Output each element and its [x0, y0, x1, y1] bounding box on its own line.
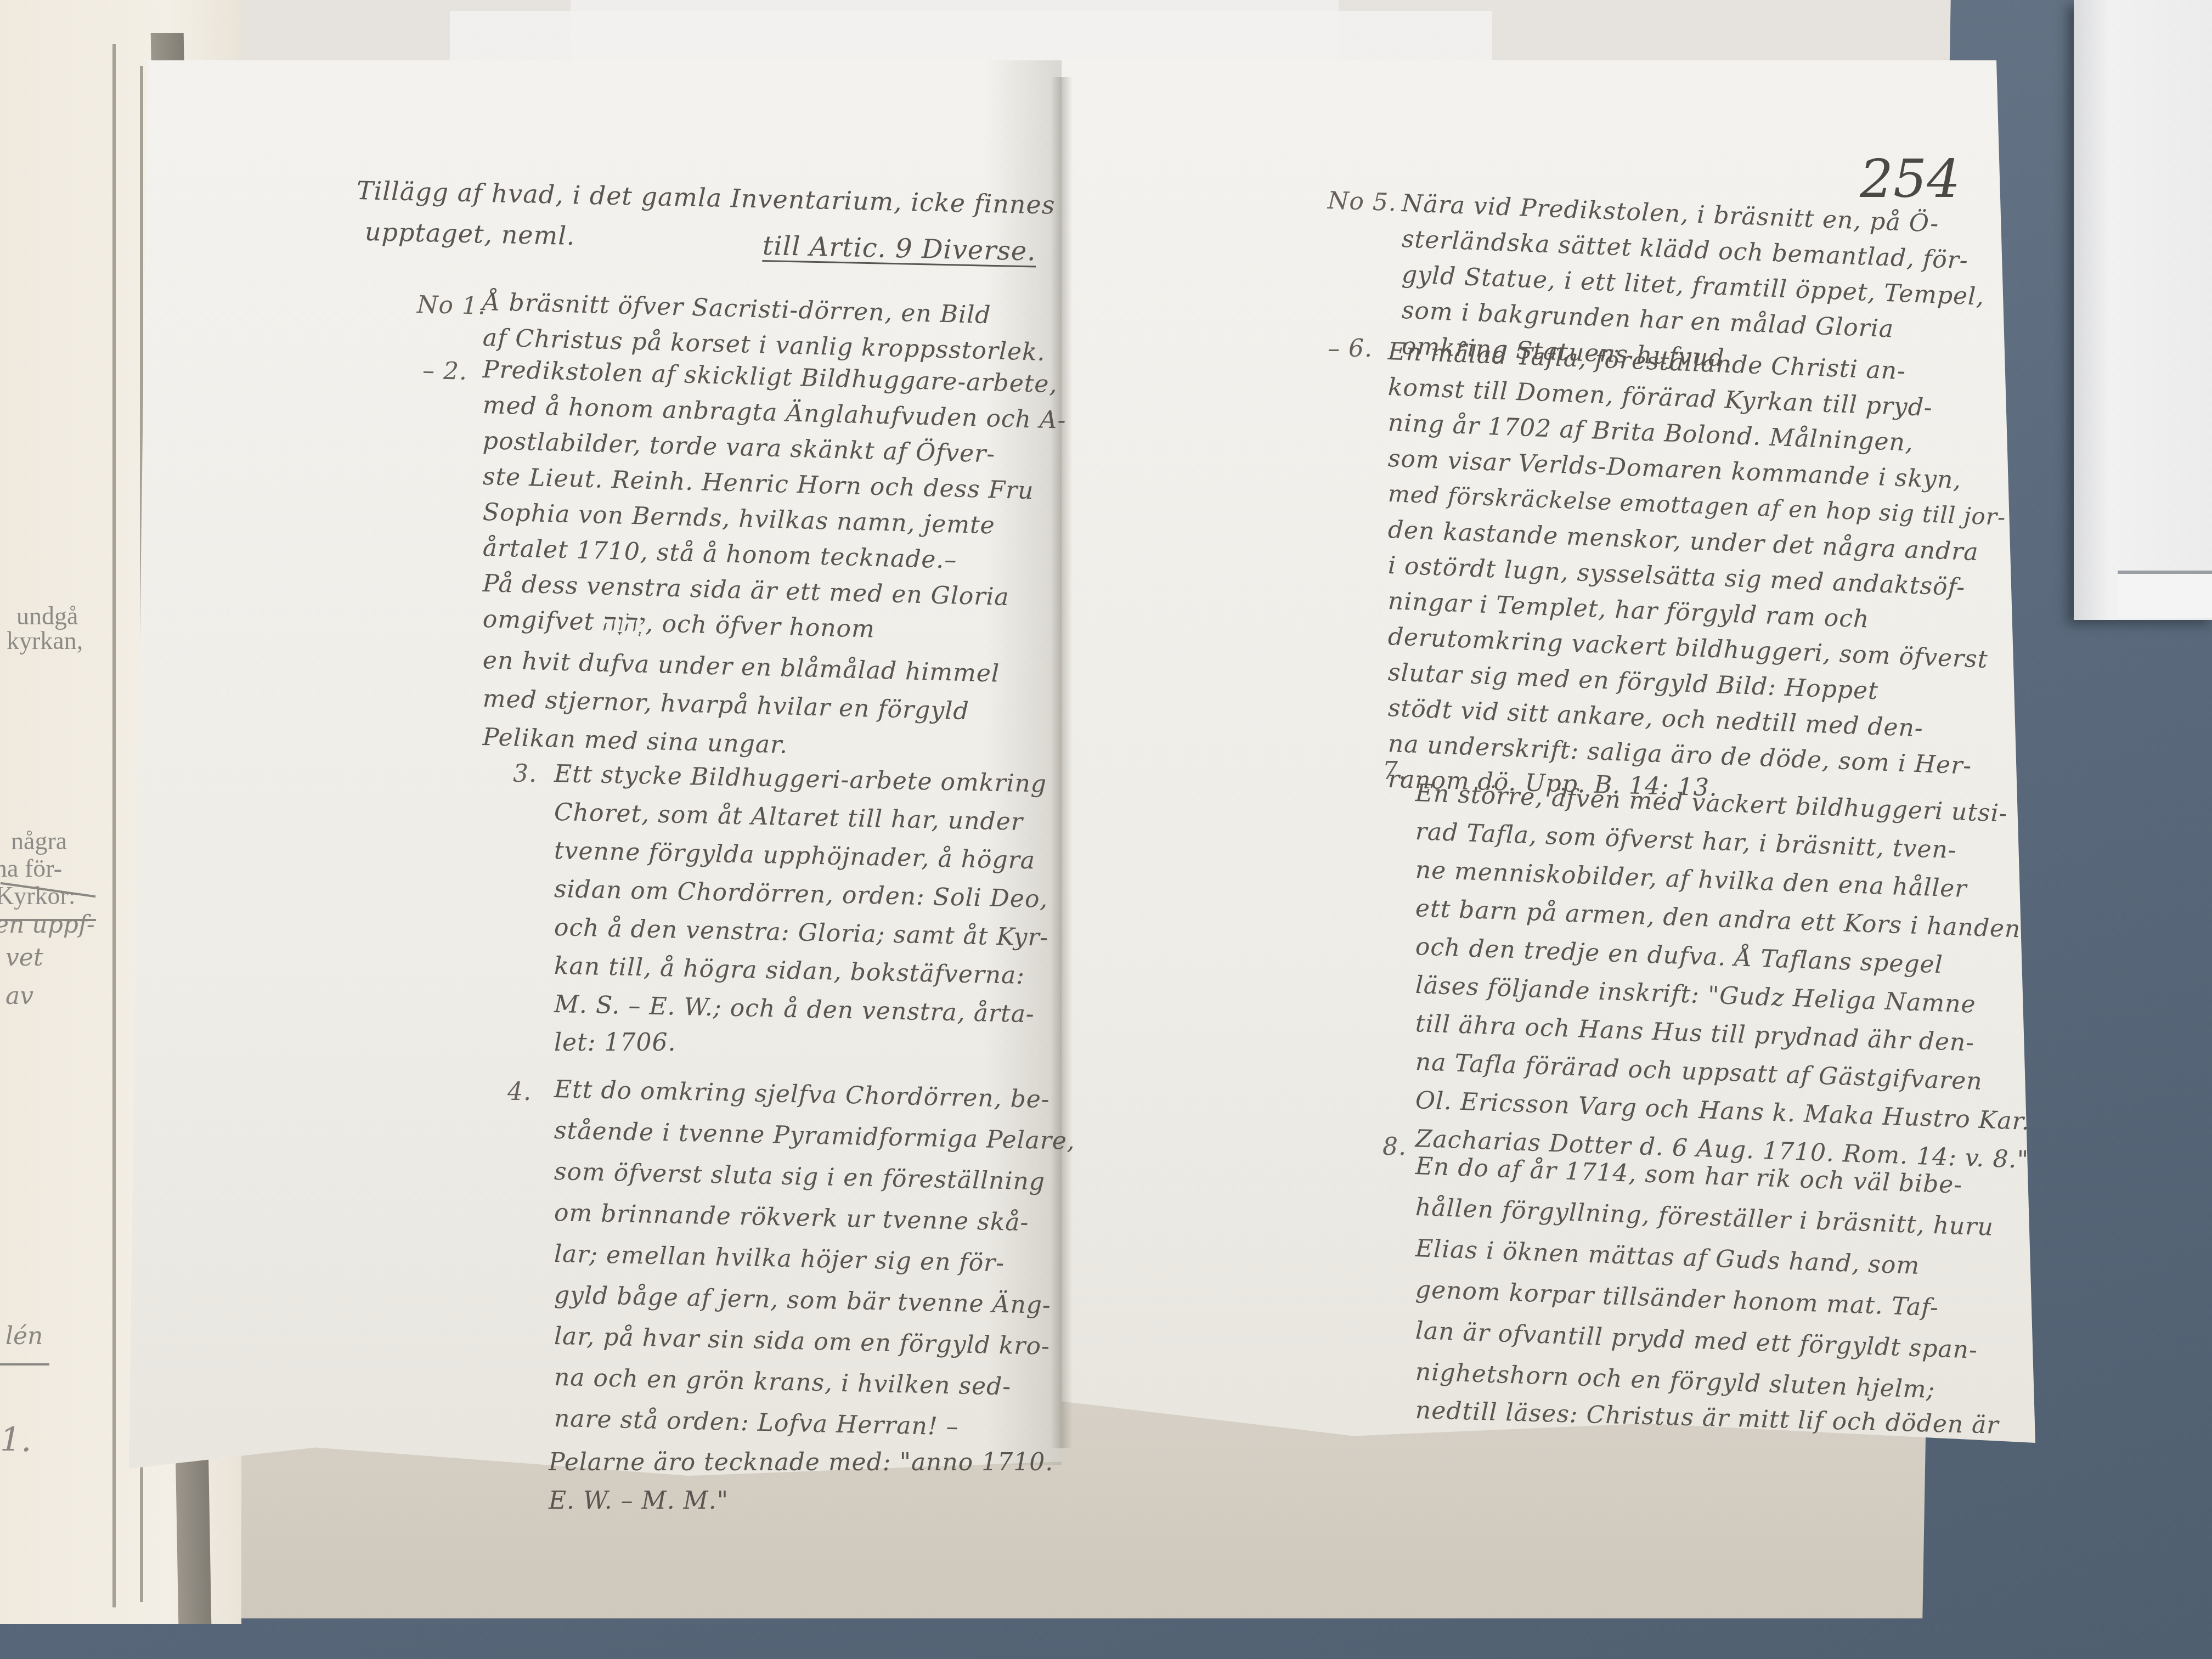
archive-box-edge: [2118, 571, 2212, 618]
handwritten-fragment: lén: [5, 1322, 43, 1350]
printed-word: na för-: [0, 853, 62, 884]
entry-line: let: 1706.: [554, 1029, 676, 1057]
item-number: No 1.: [416, 291, 486, 320]
paper-top-edge: [450, 11, 1492, 60]
entry-line: E. W. – M. M.": [549, 1487, 729, 1515]
archive-box: [2074, 0, 2212, 620]
handwritten-fragment: av: [5, 982, 33, 1010]
handwritten-fragment: en uppf-: [0, 911, 95, 939]
item-number: 7.: [1383, 757, 1407, 785]
item-number: 3.: [513, 760, 537, 788]
folio-number: 254: [1860, 148, 1960, 210]
item-number: 4.: [507, 1078, 532, 1106]
handwritten-fragment: vet: [5, 944, 43, 972]
item-number: – 6.: [1328, 335, 1373, 363]
item-number: No 5.: [1327, 187, 1397, 217]
item-number: – 2.: [422, 357, 467, 386]
printed-word: några: [11, 826, 67, 856]
page-edge-line: [112, 44, 116, 1607]
entry-line: Pelarne äro tecknade med: "anno 1710.: [549, 1448, 1053, 1476]
rule-line: [0, 1363, 49, 1365]
book-gutter: [1051, 77, 1073, 1448]
handwritten-fragment: 1.: [0, 1421, 31, 1459]
intro-line: upptaget, neml.: [364, 217, 575, 251]
item-number: 8.: [1383, 1133, 1407, 1161]
printed-word: kyrkan,: [7, 625, 83, 656]
section-title: till Artic. 9 Diverse.: [762, 230, 1036, 267]
